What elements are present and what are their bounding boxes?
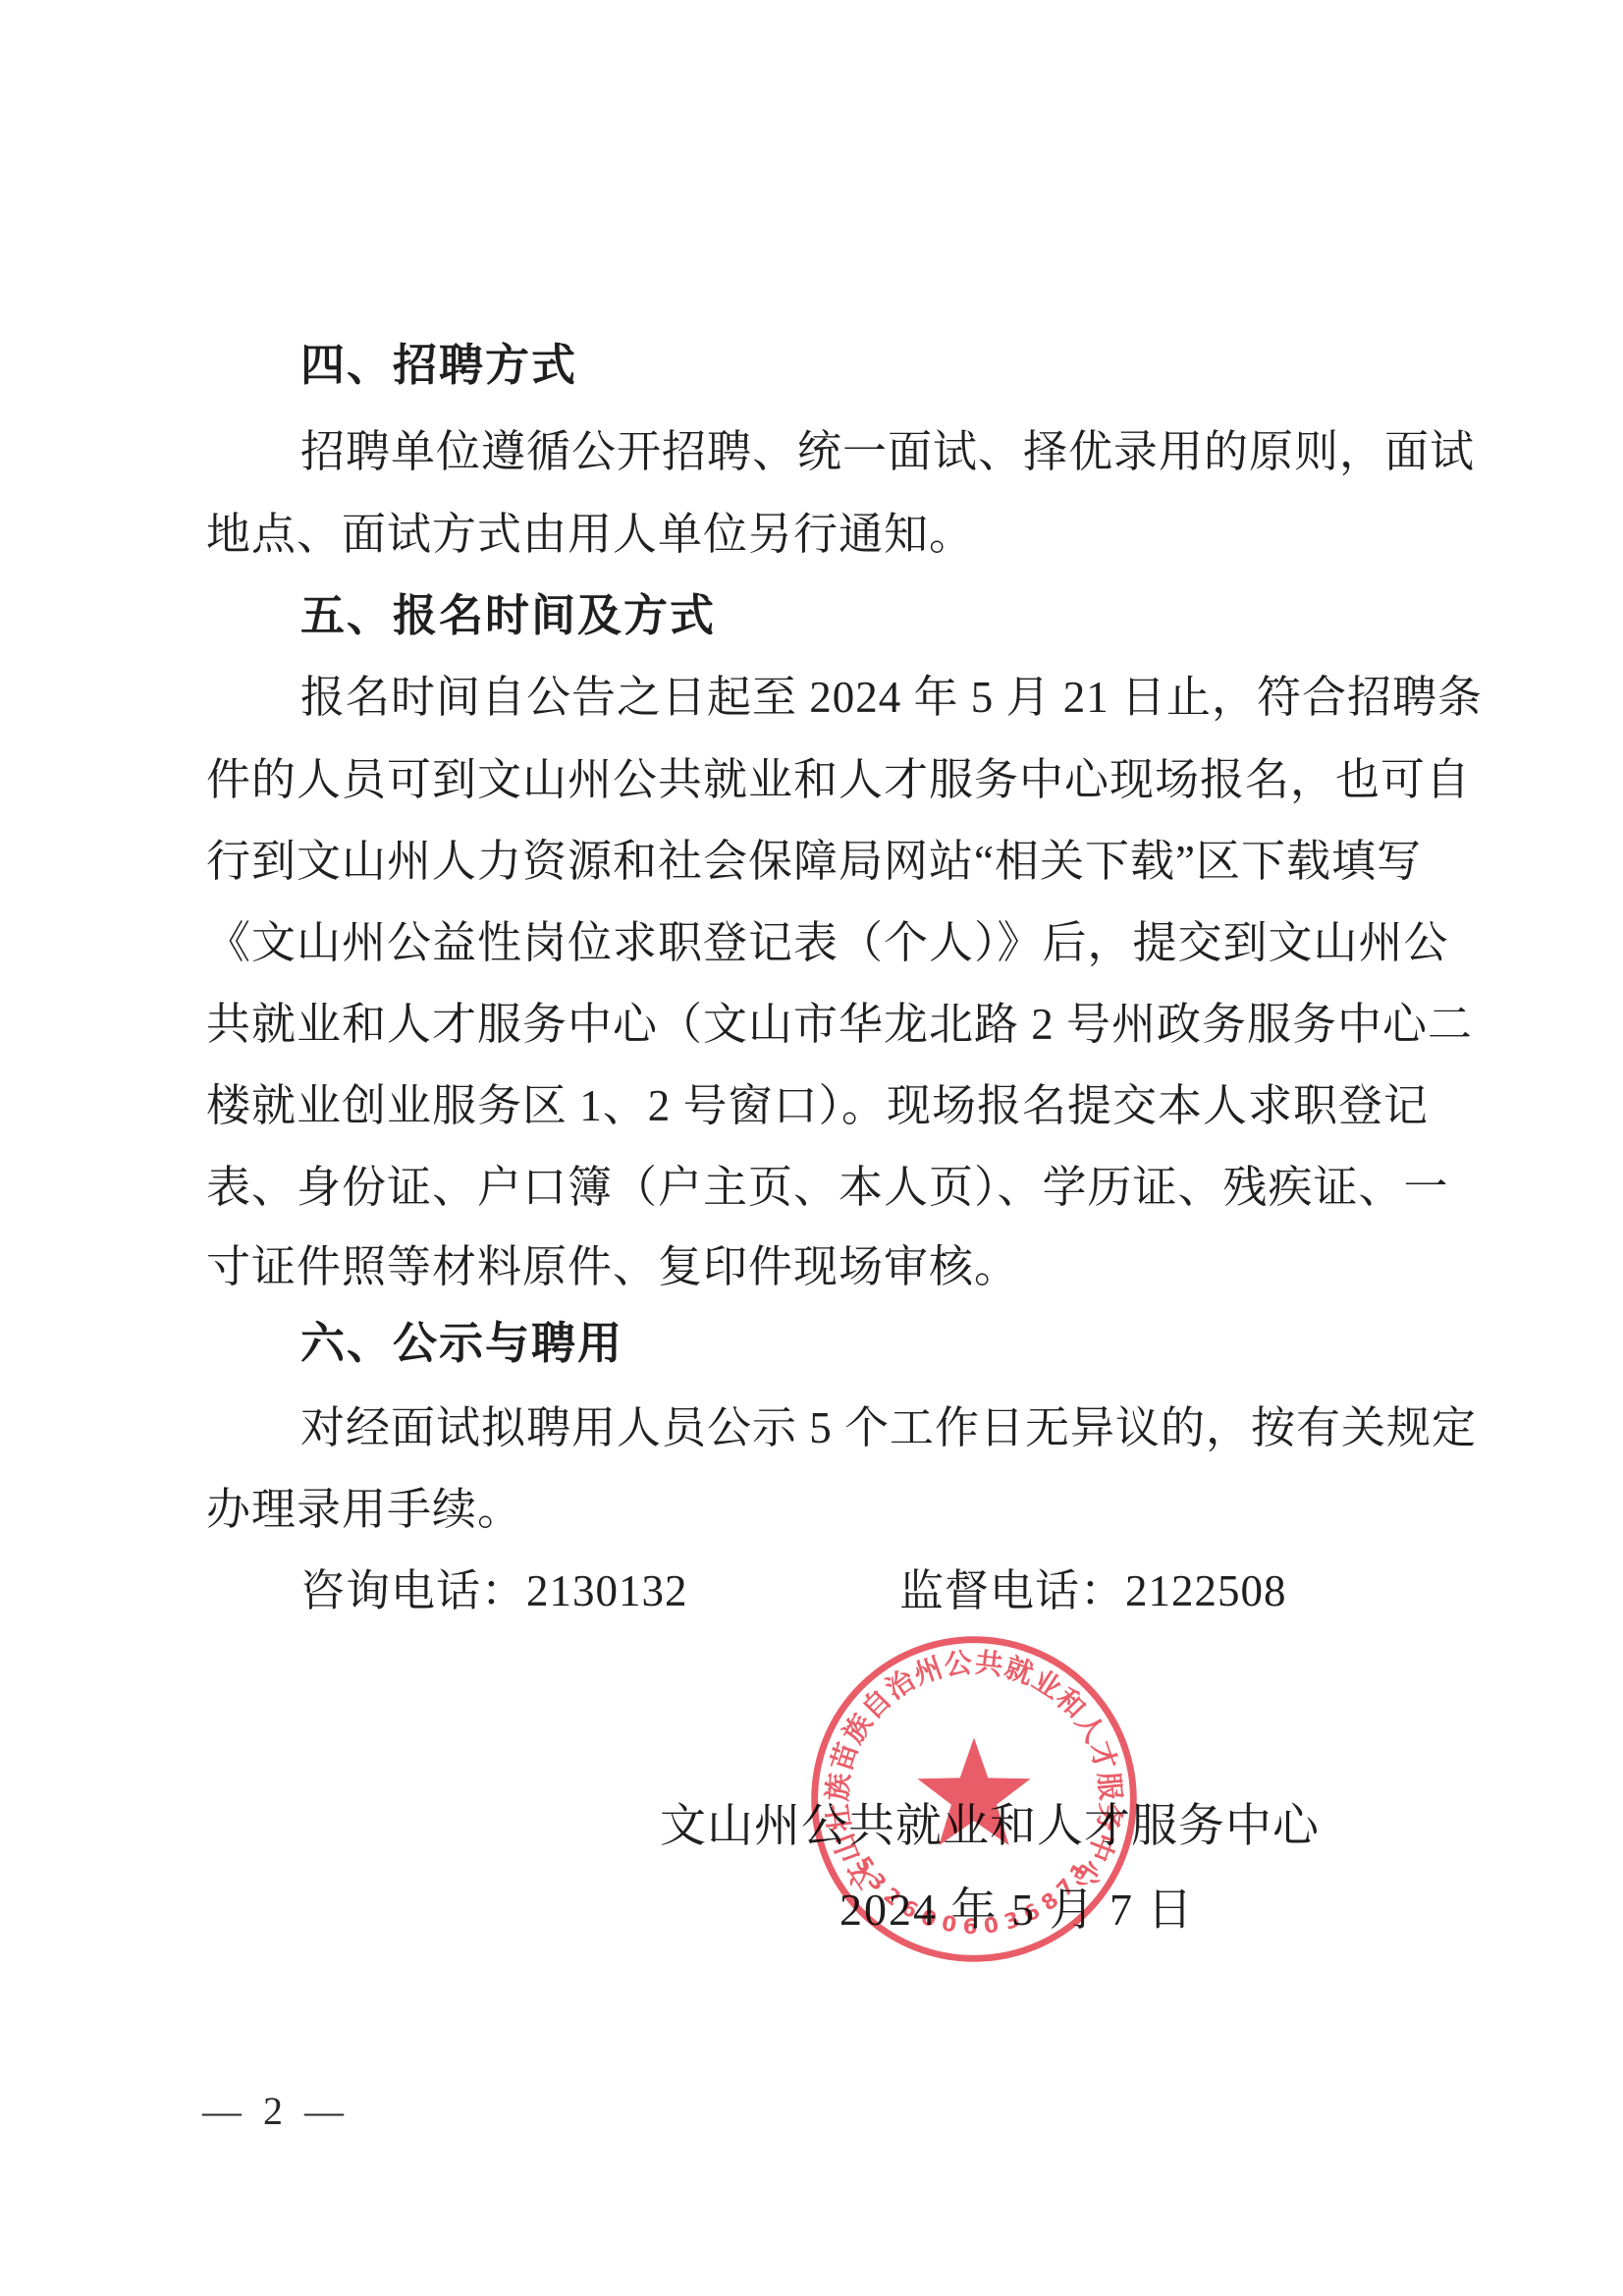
svg-text:5326006036871: 5326006036871 — [850, 1852, 1099, 1940]
body-line: 寸证件照等材料原件、复印件现场审核。 — [206, 1230, 1019, 1294]
body-line: 楼就业创业服务区 1、2 号窗口）。现场报名提交本人求职登记 — [206, 1069, 1429, 1133]
body-line: 对经面试拟聘用人员公示 5 个工作日无异议的，按有关规定 — [300, 1392, 1477, 1455]
section-heading-registration-time: 五、报名时间及方式 — [300, 579, 716, 643]
body-line: 招聘单位遵循公开招聘、统一面试、择优录用的原则，面试 — [300, 415, 1475, 479]
body-line: 件的人员可到文山州公共就业和人才服务中心现场报名，也可自 — [206, 743, 1471, 807]
official-seal-stamp: 文山壮族苗族自治州公共就业和人才服务中心 5326006036871 — [801, 1626, 1147, 1972]
section-heading-recruitment-method: 四、招聘方式 — [300, 329, 577, 393]
supervision-phone: 监督电话：2122508 — [899, 1555, 1287, 1618]
body-line: 报名时间自公告之日起至 2024 年 5 月 21 日止，符合招聘条 — [300, 661, 1483, 725]
body-line: 办理录用手续。 — [206, 1473, 522, 1537]
page-number: — 2 — — [202, 2088, 350, 2134]
body-line: 《文山州公益性岗位求职登记表（个人）》后，提交到文山州公 — [206, 906, 1449, 970]
inquiry-phone: 咨询电话：2130132 — [300, 1555, 688, 1618]
document-page: 四、招聘方式 招聘单位遵循公开招聘、统一面试、择优录用的原则，面试 地点、面试方… — [0, 0, 1623, 2296]
body-line: 行到文山州人力资源和社会保障局网站“相关下载”区下载填写 — [206, 825, 1422, 889]
seal-serial-number: 5326006036871 — [850, 1852, 1099, 1940]
body-line: 共就业和人才服务中心（文山市华龙北路 2 号州政务服务中心二 — [206, 988, 1473, 1052]
section-heading-publicity-employment: 六、公示与聘用 — [300, 1307, 623, 1371]
body-line: 表、身份证、户口簿（户主页、本人页）、学历证、残疾证、一 — [206, 1151, 1449, 1215]
seal-star-icon — [917, 1737, 1030, 1845]
body-line: 地点、面试方式由用人单位另行通知。 — [206, 498, 974, 562]
